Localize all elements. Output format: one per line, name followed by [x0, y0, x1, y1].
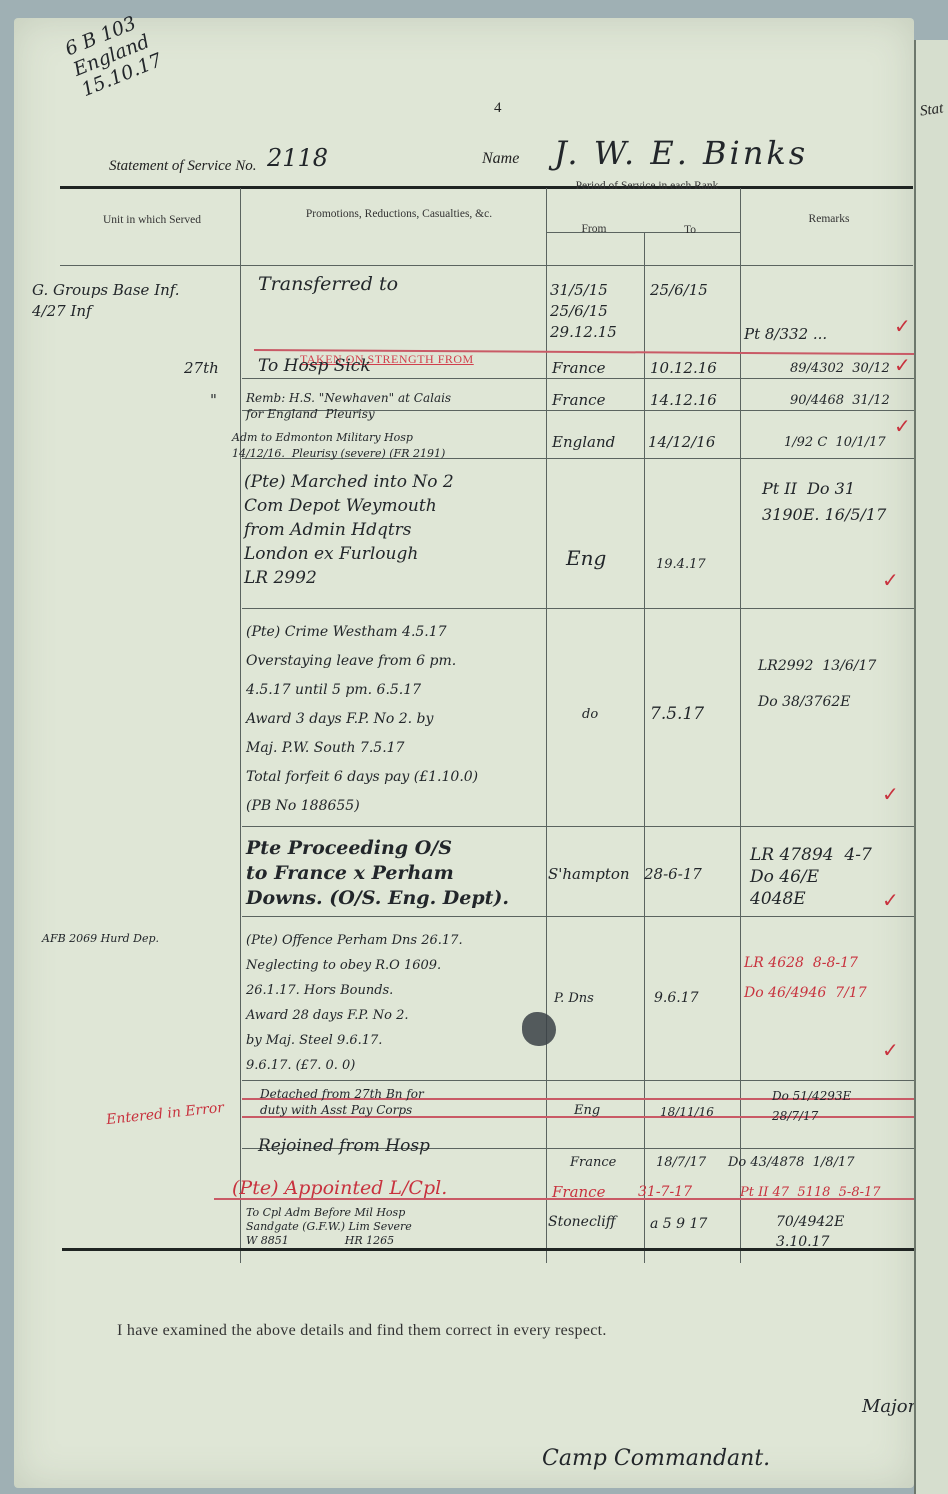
header-remarks: Remarks: [764, 213, 894, 225]
row-entry: Adm to Edmonton Military Hosp 14/12/16. …: [232, 430, 445, 462]
row-from: Stonecliff: [548, 1212, 616, 1233]
corner-note: 6 B 103 England 15.10.17: [62, 8, 165, 101]
adjacent-page-edge: Stat: [914, 40, 948, 1494]
row-entry: Remb: H.S. "Newhaven" at Calais for Engl…: [246, 390, 451, 422]
row-entry: Rejoined from Hosp: [258, 1136, 430, 1157]
row-from: Eng: [574, 1100, 600, 1121]
header-period: Period of Service in each Rank: [562, 180, 732, 192]
row-remarks: LR 4628 8-8-17 Do 46/4946 7/17: [744, 948, 867, 1008]
row-rule: [242, 1080, 914, 1081]
row-rule: [242, 826, 914, 827]
check-mark-icon: ✓: [894, 353, 911, 378]
row-entry: (Pte) Crime Westham 4.5.17 Overstaying l…: [246, 618, 478, 821]
ink-blot: [522, 1012, 556, 1046]
row-to: 28-6-17: [644, 864, 702, 885]
row-unit: 27th: [184, 358, 219, 379]
row-remarks: Do 43/4878 1/8/17: [728, 1152, 855, 1173]
row-from: Eng: [566, 548, 606, 569]
row-to: 18/11/16: [660, 1102, 714, 1123]
row-to: 31-7-17: [638, 1182, 692, 1203]
entered-in-error-note: Entered in Error: [105, 1098, 225, 1131]
row-remarks: 1/92 C 10/1/17: [784, 432, 886, 453]
row-unit: AFB 2069 Hurd Dep.: [42, 928, 159, 949]
row-entry: To Cpl Adm Before Mil Hosp Sandgate (G.F…: [246, 1206, 412, 1248]
row-remarks: LR2992 13/6/17 Do 38/3762E: [758, 648, 876, 720]
row-from: 31/5/15 25/6/15 29.12.15: [550, 280, 617, 343]
row-to: 10.12.16: [650, 358, 717, 379]
check-mark-icon: ✓: [882, 1038, 899, 1063]
row-remarks: Do 51/4293E 28/7/17: [772, 1086, 851, 1126]
row-entry: (Pte) Appointed L/Cpl.: [232, 1178, 447, 1199]
service-record-page: 6 B 103 England 15.10.17 4 Statement of …: [14, 18, 914, 1488]
header-unit: Unit in which Served: [64, 214, 240, 226]
col-divider: [240, 188, 241, 1263]
certification-text: I have examined the above details and fi…: [117, 1322, 607, 1340]
check-mark-icon: ✓: [882, 782, 899, 807]
name-label: Name: [482, 150, 519, 168]
row-entry: (Pte) Offence Perham Dns 26.17. Neglecti…: [246, 928, 463, 1078]
row-remarks: Pt 8/332 ...: [744, 324, 827, 345]
row-from: France: [552, 1182, 605, 1203]
row-remarks: 89/4302 30/12: [790, 358, 890, 379]
row-remarks: 90/4468 31/12: [790, 390, 890, 411]
row-from: France: [552, 358, 605, 379]
header-to: To: [660, 224, 720, 236]
row-to: 18/7/17: [656, 1152, 706, 1173]
row-rule: [242, 916, 914, 917]
row-entry: Detached from 27th Bn for duty with Asst…: [260, 1086, 424, 1118]
col-divider: [546, 188, 547, 1263]
row-to: 14/12/16: [648, 432, 715, 453]
row-from: S'hampton: [548, 864, 630, 885]
row-to: a 5 9 17: [650, 1214, 707, 1235]
row-from: France: [570, 1152, 616, 1173]
header-from: From: [564, 223, 624, 235]
row-from: do: [582, 704, 598, 725]
row-from: England: [552, 432, 615, 453]
statement-label: Statement of Service No.: [109, 158, 256, 175]
service-number: 2118: [267, 144, 328, 172]
signature-title: Camp Commandant.: [542, 1446, 770, 1471]
row-entry: Transferred to: [258, 274, 398, 295]
row-rule: [242, 608, 914, 609]
row-unit: G. Groups Base Inf. 4/27 Inf: [32, 280, 180, 322]
row-entry: To Hosp Sick: [258, 356, 371, 377]
col-divider: [644, 232, 645, 1263]
row-remarks: Pt II 47 5118 5-8-17: [740, 1182, 881, 1203]
row-to: 25/6/15: [650, 280, 708, 301]
signature-rank: Major: [862, 1396, 916, 1417]
row-entry: (Pte) Marched into No 2 Com Depot Weymou…: [244, 470, 454, 590]
row-from: France: [552, 390, 605, 411]
check-mark-icon: ✓: [882, 888, 899, 913]
row-to: 19.4.17: [656, 554, 706, 575]
row-from: P. Dns: [554, 988, 594, 1009]
row-to: 7.5.17: [650, 704, 704, 725]
row-remarks: Pt II Do 31 3190E. 16/5/17: [762, 476, 886, 528]
adjacent-page-title: Stat: [919, 100, 944, 120]
col-divider: [740, 188, 741, 1263]
header-promotions: Promotions, Reductions, Casualties, &c.: [254, 208, 544, 220]
check-mark-icon: ✓: [894, 314, 911, 339]
row-entry: Pte Proceeding O/S to France x Perham Do…: [246, 836, 509, 911]
check-mark-icon: ✓: [894, 414, 911, 439]
row-to: 14.12.16: [650, 390, 717, 411]
soldier-name: J. W. E. Binks: [554, 134, 808, 172]
header-rule: [60, 186, 913, 189]
row-to: 9.6.17: [654, 988, 699, 1009]
page-number: 4: [494, 100, 502, 117]
row-unit: ": [210, 390, 217, 411]
check-mark-icon: ✓: [882, 568, 899, 593]
row-remarks: 70/4942E 3.10.17: [776, 1212, 844, 1252]
header-bottom-rule: [60, 265, 913, 266]
row-remarks: LR 47894 4-7 Do 46/E 4048E: [750, 844, 872, 910]
